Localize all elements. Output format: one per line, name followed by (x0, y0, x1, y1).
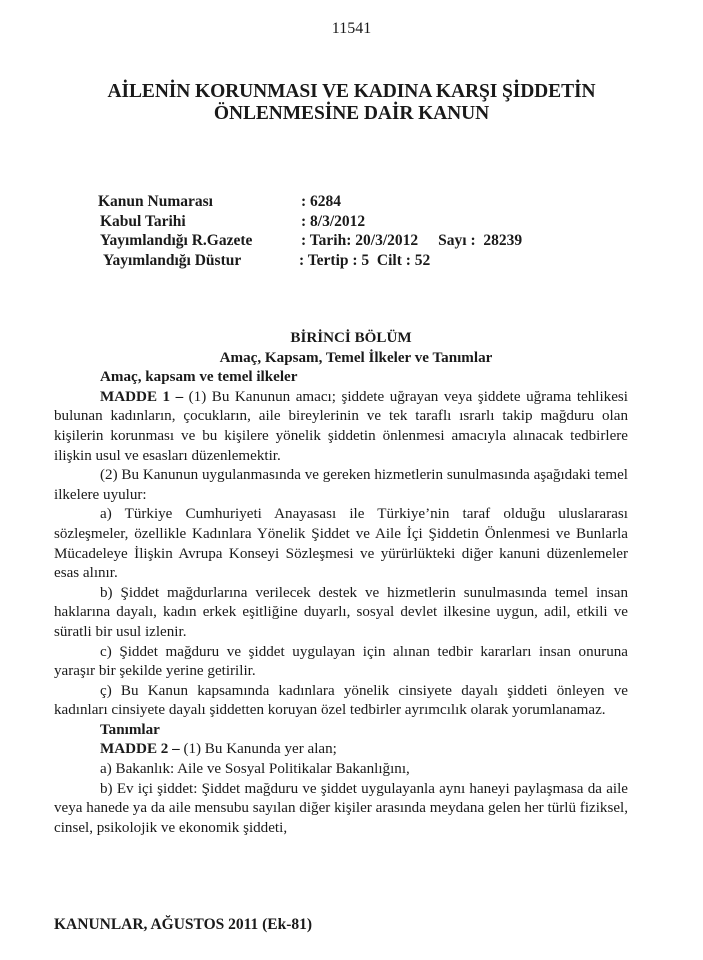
article-1-title: Amaç, kapsam ve temel ilkeler (54, 368, 628, 388)
meta-value: : Tertip : 5 Cilt : 52 (299, 251, 430, 271)
page-number: 11541 (0, 20, 703, 38)
meta-label: Yayımlandığı Düstur (98, 251, 299, 271)
meta-value: : Tarih: 20/3/2012 (301, 231, 418, 251)
article-2-paragraph-1: MADDE 2 – (1) Bu Kanunda yer alan; (54, 740, 628, 760)
meta-row-official-gazette: Yayımlandığı R.Gazete : Tarih: 20/3/2012… (98, 231, 522, 251)
article-1-item-b: b) Şiddet mağdurlarına verilecek destek … (54, 584, 628, 643)
meta-row-dustur: Yayımlandığı Düstur : Tertip : 5 Cilt : … (98, 251, 522, 271)
law-title-line-2: ÖNLENMESİNE DAİR KANUN (0, 103, 703, 125)
article-2-item-b: b) Ev içi şiddet: Şiddet mağduru ve şidd… (54, 780, 628, 839)
section-birinci-bolum: BİRİNCİ BÖLÜM Amaç, Kapsam, Temel İlkele… (54, 329, 628, 838)
meta-row-acceptance-date: Kabul Tarihi : 8/3/2012 (98, 212, 522, 232)
law-title-line-1: AİLENİN KORUNMASI VE KADINA KARŞI ŞİDDET… (0, 81, 703, 103)
article-1-paragraph-1: MADDE 1 – (1) Bu Kanunun amacı; şiddete … (54, 388, 628, 466)
section-subheading: Amaç, Kapsam, Temel İlkeler ve Tanımlar (54, 349, 628, 369)
article-1-label: MADDE 1 – (100, 389, 183, 405)
meta-label: Kanun Numarası (98, 192, 301, 212)
article-2-item-a: a) Bakanlık: Aile ve Sosyal Politikalar … (54, 760, 628, 780)
law-title: AİLENİN KORUNMASI VE KADINA KARŞI ŞİDDET… (0, 81, 703, 125)
meta-row-law-number: Kanun Numarası : 6284 (98, 192, 522, 212)
meta-extra: Sayı : 28239 (418, 231, 522, 251)
meta-value: : 8/3/2012 (301, 212, 365, 232)
meta-label: Kabul Tarihi (98, 212, 301, 232)
article-2-label: MADDE 2 – (100, 741, 180, 757)
meta-label: Yayımlandığı R.Gazete (98, 231, 301, 251)
article-1-item-cc: ç) Bu Kanun kapsamında kadınlara yönelik… (54, 682, 628, 721)
article-1-item-c: c) Şiddet mağduru ve şiddet uygulayan iç… (54, 643, 628, 682)
section-heading: BİRİNCİ BÖLÜM (54, 329, 628, 349)
article-2-title: Tanımlar (54, 721, 628, 741)
meta-value: : 6284 (301, 192, 341, 212)
article-1-item-a: a) Türkiye Cumhuriyeti Anayasası ile Tür… (54, 505, 628, 583)
article-1-paragraph-2: (2) Bu Kanunun uygulanmasında ve gereken… (54, 466, 628, 505)
page-footer: KANUNLAR, AĞUSTOS 2011 (Ek-81) (54, 916, 312, 934)
law-metadata: Kanun Numarası : 6284 Kabul Tarihi : 8/3… (98, 192, 522, 270)
